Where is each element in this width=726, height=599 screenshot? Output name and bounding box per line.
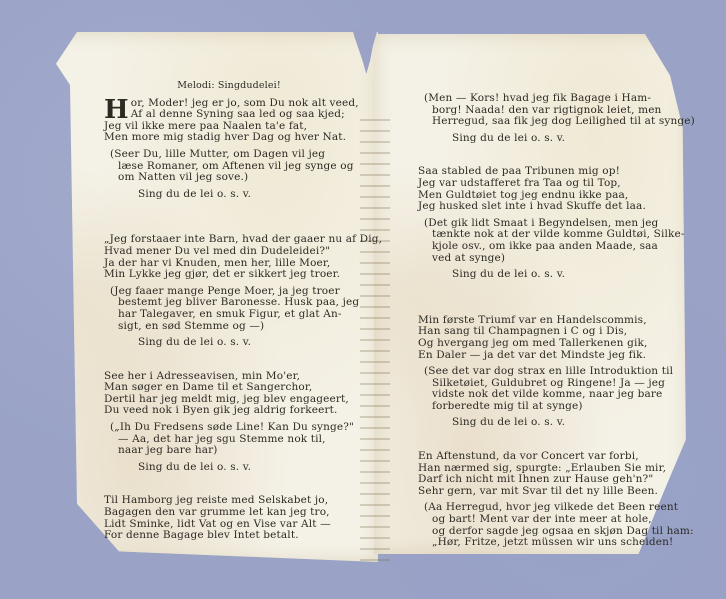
refrain: Sing du de lei o. s. v. — [418, 417, 643, 429]
stanza-5: Saa stabled de paa Tribunen mig op! Jeg … — [418, 166, 643, 280]
center-fold-stitching — [360, 110, 390, 570]
verse-line: Sehr gern, var mit Svar til det ny lille… — [418, 486, 643, 498]
left-page-text: Melodi: Singdudelei! H or, Moder! jeg er… — [104, 80, 354, 542]
verse-line: Hvad mener Du vel med din Dudeleidei?" — [104, 246, 354, 258]
aside-line: om Natten vil jeg sove.) — [118, 172, 354, 184]
aside-line: forberedte mig til at synge) — [432, 401, 643, 413]
aside-line: og bart! Ment var der inte meer at hole, — [432, 514, 643, 526]
aside-line: (Men — Kors! hvad jeg fik Bagage i Ham- — [432, 93, 643, 105]
verse-line: Bagagen den var grumme let kan jeg tro, — [104, 507, 354, 519]
aside-line: (See det var dog strax en lille Introduk… — [432, 366, 643, 378]
refrain: Sing du de lei o. s. v. — [104, 337, 354, 349]
right-page-text: (Men — Kors! hvad jeg fik Bagage i Ham- … — [418, 93, 643, 549]
spoken-aside: (Det gik lidt Smaat i Begyndelsen, men j… — [418, 218, 643, 264]
stanza-6: Min første Triumf var en Handelscommis, … — [418, 315, 643, 429]
stanza-4: Til Hamborg jeg reiste med Selskabet jo,… — [104, 495, 354, 541]
aside-line: naar jeg bare har) — [118, 445, 354, 457]
verse-line: Og hvergang jeg om med Tallerkenen gik, — [418, 338, 643, 350]
verse-line: Min Lykke jeg gjør, det er sikkert jeg t… — [104, 269, 354, 281]
verse-line: Jeg husked slet inte i hvad Skuffe det l… — [418, 201, 643, 213]
verse-line: En Aftenstund, da vor Concert var forbi, — [418, 451, 643, 463]
aside-line: („Ih Du Fredsens søde Line! Kan Du synge… — [118, 422, 354, 434]
refrain: Sing du de lei o. s. v. — [418, 133, 643, 145]
spoken-aside: (See det var dog strax en lille Introduk… — [418, 366, 643, 412]
aside-line: Herregud, saa fik jeg dog Leilighed til … — [432, 116, 643, 128]
refrain: Sing du de lei o. s. v. — [104, 189, 354, 201]
aside-line: „Hør, Fritze, jetzt müssen wir uns schei… — [432, 537, 643, 549]
verse-line: Men more mig stadig hver Dag og hver Nat… — [104, 132, 354, 144]
refrain: Sing du de lei o. s. v. — [104, 462, 354, 474]
refrain: Sing du de lei o. s. v. — [418, 269, 643, 281]
stanza-7: En Aftenstund, da vor Concert var forbi,… — [418, 451, 643, 549]
spoken-aside: (Seer Du, lille Mutter, om Dagen vil jeg… — [104, 149, 354, 184]
melody-heading: Melodi: Singdudelei! — [104, 80, 354, 92]
stanza-1: H or, Moder! jeg er jo, som Du nok alt v… — [104, 98, 354, 201]
aside-line: (Seer Du, lille Mutter, om Dagen vil jeg — [118, 149, 354, 161]
verse-line: En Daler — ja det var det Mindste jeg fi… — [418, 350, 643, 362]
verse-line: Jeg var udstafferet fra Taa og til Top, — [418, 178, 643, 190]
aside-line: kjole osv., om ikke paa anden Maade, saa — [432, 241, 643, 253]
verse-line: Du veed nok i Byen gik jeg aldrig forkee… — [104, 405, 354, 417]
spoken-aside: (Jeg faaer mange Penge Moer, ja jeg troe… — [104, 286, 354, 332]
aside-line: har Talegaver, en smuk Figur, et glat An… — [118, 309, 354, 321]
verse-line: For denne Bagage blev Intet betalt. — [104, 530, 354, 542]
aside-line: ved at synge) — [432, 253, 643, 265]
stanza-3: See her i Adressеavisen, min Mo'er, Man … — [104, 371, 354, 474]
stanza-4-continued: (Men — Kors! hvad jeg fik Bagage i Ham- … — [418, 93, 643, 144]
spoken-aside: (Aa Herregud, hvor jeg vilkede det Been … — [418, 502, 643, 548]
stanza-2: „Jeg forstaaer inte Barn, hvad der gaaer… — [104, 234, 354, 348]
spoken-aside: („Ih Du Fredsens søde Line! Kan Du synge… — [104, 422, 354, 457]
aside-line: sigt, en sød Stemme og —) — [118, 321, 354, 333]
drop-cap: H — [104, 99, 129, 121]
spoken-aside: (Men — Kors! hvad jeg fik Bagage i Ham- … — [418, 93, 643, 128]
